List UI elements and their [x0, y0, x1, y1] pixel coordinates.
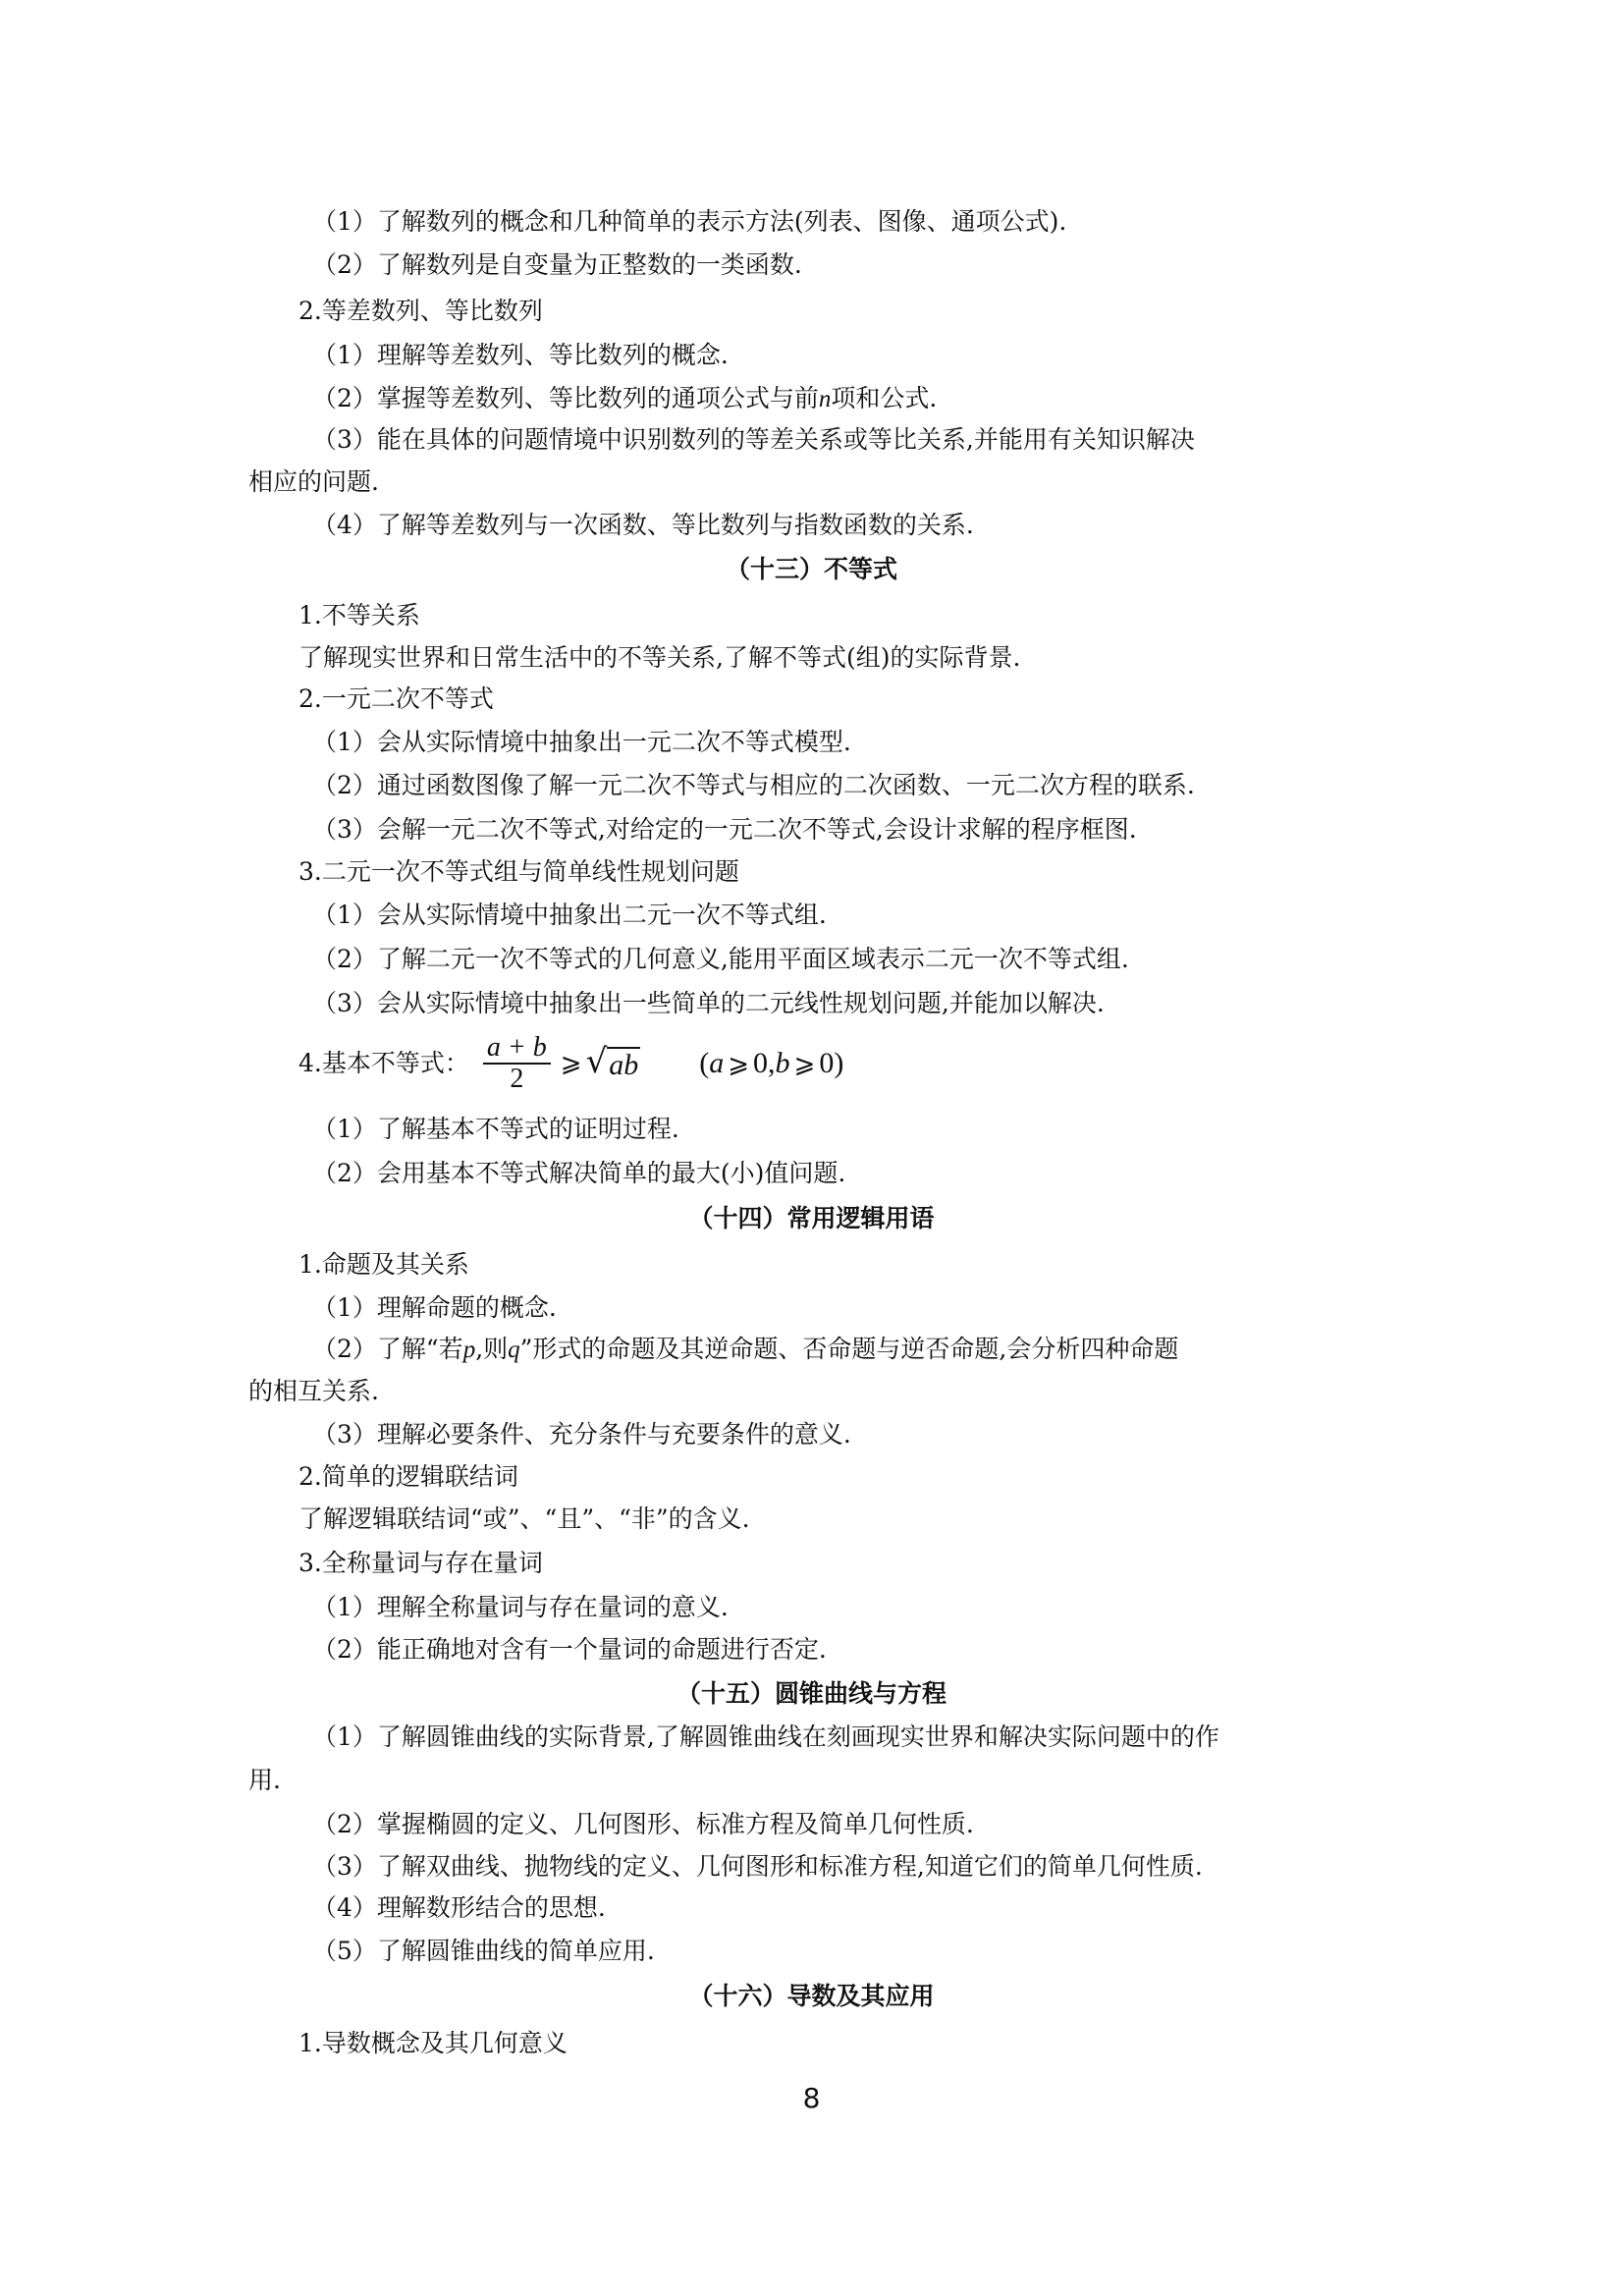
subheading: 2.一元二次不等式	[298, 684, 494, 714]
page-number: 8	[0, 2084, 1623, 2113]
text-line: （3）能在具体的问题情境中识别数列的等差关系或等比关系,并能用有关知识解决	[312, 425, 1195, 455]
section-title: （十五）圆锥曲线与方程	[0, 1679, 1623, 1709]
paren: (	[699, 1047, 709, 1079]
text-line: 了解现实世界和日常生活中的不等关系,了解不等式(组)的实际背景.	[298, 643, 1020, 673]
text-line: （4）了解等差数列与一次函数、等比数列与指数函数的关系.	[312, 511, 974, 540]
text-line: （1）理解等差数列、等比数列的概念.	[312, 341, 729, 370]
subheading: 1.不等关系	[298, 601, 420, 630]
text-line: （3）理解必要条件、充分条件与充要条件的意义.	[312, 1420, 851, 1449]
text-line: 了解逻辑联结词“或”、“且”、“非”的含义.	[298, 1504, 750, 1534]
formula-label: 4.基本不等式：	[298, 1049, 469, 1078]
text-segment: （2）掌握等差数列、等比数列的通项公式与前	[312, 384, 819, 412]
math-variable-q: q	[508, 1337, 520, 1363]
section-title: （十四）常用逻辑用语	[0, 1204, 1623, 1233]
text-line: （3）了解双曲线、抛物线的定义、几何图形和标准方程,知道它们的简单几何性质.	[312, 1852, 1203, 1882]
fraction-numerator: a + b	[483, 1033, 551, 1065]
geq-symbol: ⩾	[728, 1050, 749, 1079]
text-line: （5）了解圆锥曲线的简单应用.	[312, 1937, 655, 1966]
text-segment: ,则	[475, 1335, 508, 1363]
text-line: （1）理解全称量词与存在量词的意义.	[312, 1593, 729, 1622]
text-line: （2）通过函数图像了解一元二次不等式与相应的二次函数、一元二次方程的联系.	[312, 771, 1195, 800]
text-line-continuation: 相应的问题.	[248, 467, 379, 497]
subheading: 1.命题及其关系	[298, 1250, 469, 1280]
section-title: （十三）不等式	[0, 555, 1623, 584]
text-segment: ”形式的命题及其逆命题、否命题与逆否命题,会分析四种命题	[520, 1335, 1179, 1363]
zero-comma: 0,	[753, 1047, 776, 1079]
fraction-denominator: 2	[510, 1065, 523, 1094]
text-segment: （2）了解“若	[312, 1335, 463, 1363]
text-line: （1）会从实际情境中抽象出二元一次不等式组.	[312, 901, 827, 930]
fraction: a + b 2	[483, 1033, 551, 1094]
math-variable-p: p	[463, 1337, 476, 1363]
var-a: a	[709, 1047, 724, 1079]
text-line: （1）会从实际情境中抽象出一元二次不等式模型.	[312, 728, 851, 757]
subheading: 2.等差数列、等比数列	[298, 297, 543, 326]
formula-line: 4.基本不等式： a + b 2 ⩾ √ab (a⩾0,b⩾0)	[298, 1029, 843, 1098]
subheading: 2.简单的逻辑联结词	[298, 1462, 518, 1492]
zero-paren: 0)	[819, 1047, 843, 1079]
radical-sign-icon: √	[586, 1045, 608, 1078]
geq-symbol: ⩾	[794, 1050, 816, 1079]
geq-symbol: ⩾	[561, 1049, 582, 1078]
square-root: √ab	[586, 1045, 641, 1082]
text-line: （1）了解圆锥曲线的实际背景,了解圆锥曲线在刻画现实世界和解决实际问题中的作	[312, 1722, 1219, 1752]
text-line: （2）了解数列是自变量为正整数的一类函数.	[312, 250, 802, 280]
text-line: （2）掌握等差数列、等比数列的通项公式与前n项和公式.	[312, 384, 937, 414]
text-line: （2）了解“若p,则q”形式的命题及其逆命题、否命题与逆否命题,会分析四种命题	[312, 1335, 1178, 1365]
text-line-continuation: 用.	[248, 1766, 281, 1795]
subheading: 1.导数概念及其几何意义	[298, 2029, 568, 2058]
text-line: （2）会用基本不等式解决简单的最大(小)值问题.	[312, 1159, 845, 1188]
radicand: ab	[607, 1047, 640, 1082]
text-line: （1）了解数列的概念和几种简单的表示方法(列表、图像、通项公式).	[312, 207, 1066, 237]
text-line: （3）会从实际情境中抽象出一些简单的二元线性规划问题,并能加以解决.	[312, 989, 1105, 1018]
section-title: （十六）导数及其应用	[0, 1982, 1623, 2011]
subheading: 3.全称量词与存在量词	[298, 1549, 543, 1578]
text-line: （2）了解二元一次不等式的几何意义,能用平面区域表示二元一次不等式组.	[312, 945, 1129, 974]
text-segment: 项和公式.	[831, 384, 937, 412]
text-line: （1）理解命题的概念.	[312, 1293, 557, 1323]
subheading: 3.二元一次不等式组与简单线性规划问题	[298, 857, 739, 887]
text-line: （4）理解数形结合的思想.	[312, 1893, 606, 1923]
text-line: （3）会解一元二次不等式,对给定的一元二次不等式,会设计求解的程序框图.	[312, 815, 1137, 845]
var-b: b	[776, 1047, 790, 1079]
document-page: （1）了解数列的概念和几种简单的表示方法(列表、图像、通项公式). （2）了解数…	[0, 0, 1623, 2296]
text-line: （2）掌握椭圆的定义、几何图形、标准方程及简单几何性质.	[312, 1810, 974, 1839]
formula-condition: (a⩾0,b⩾0)	[699, 1049, 843, 1079]
text-line: （1）了解基本不等式的证明过程.	[312, 1115, 679, 1144]
math-variable: n	[819, 386, 832, 412]
text-line-continuation: 的相互关系.	[248, 1377, 379, 1406]
text-line: （2）能正确地对含有一个量词的命题进行否定.	[312, 1635, 827, 1665]
